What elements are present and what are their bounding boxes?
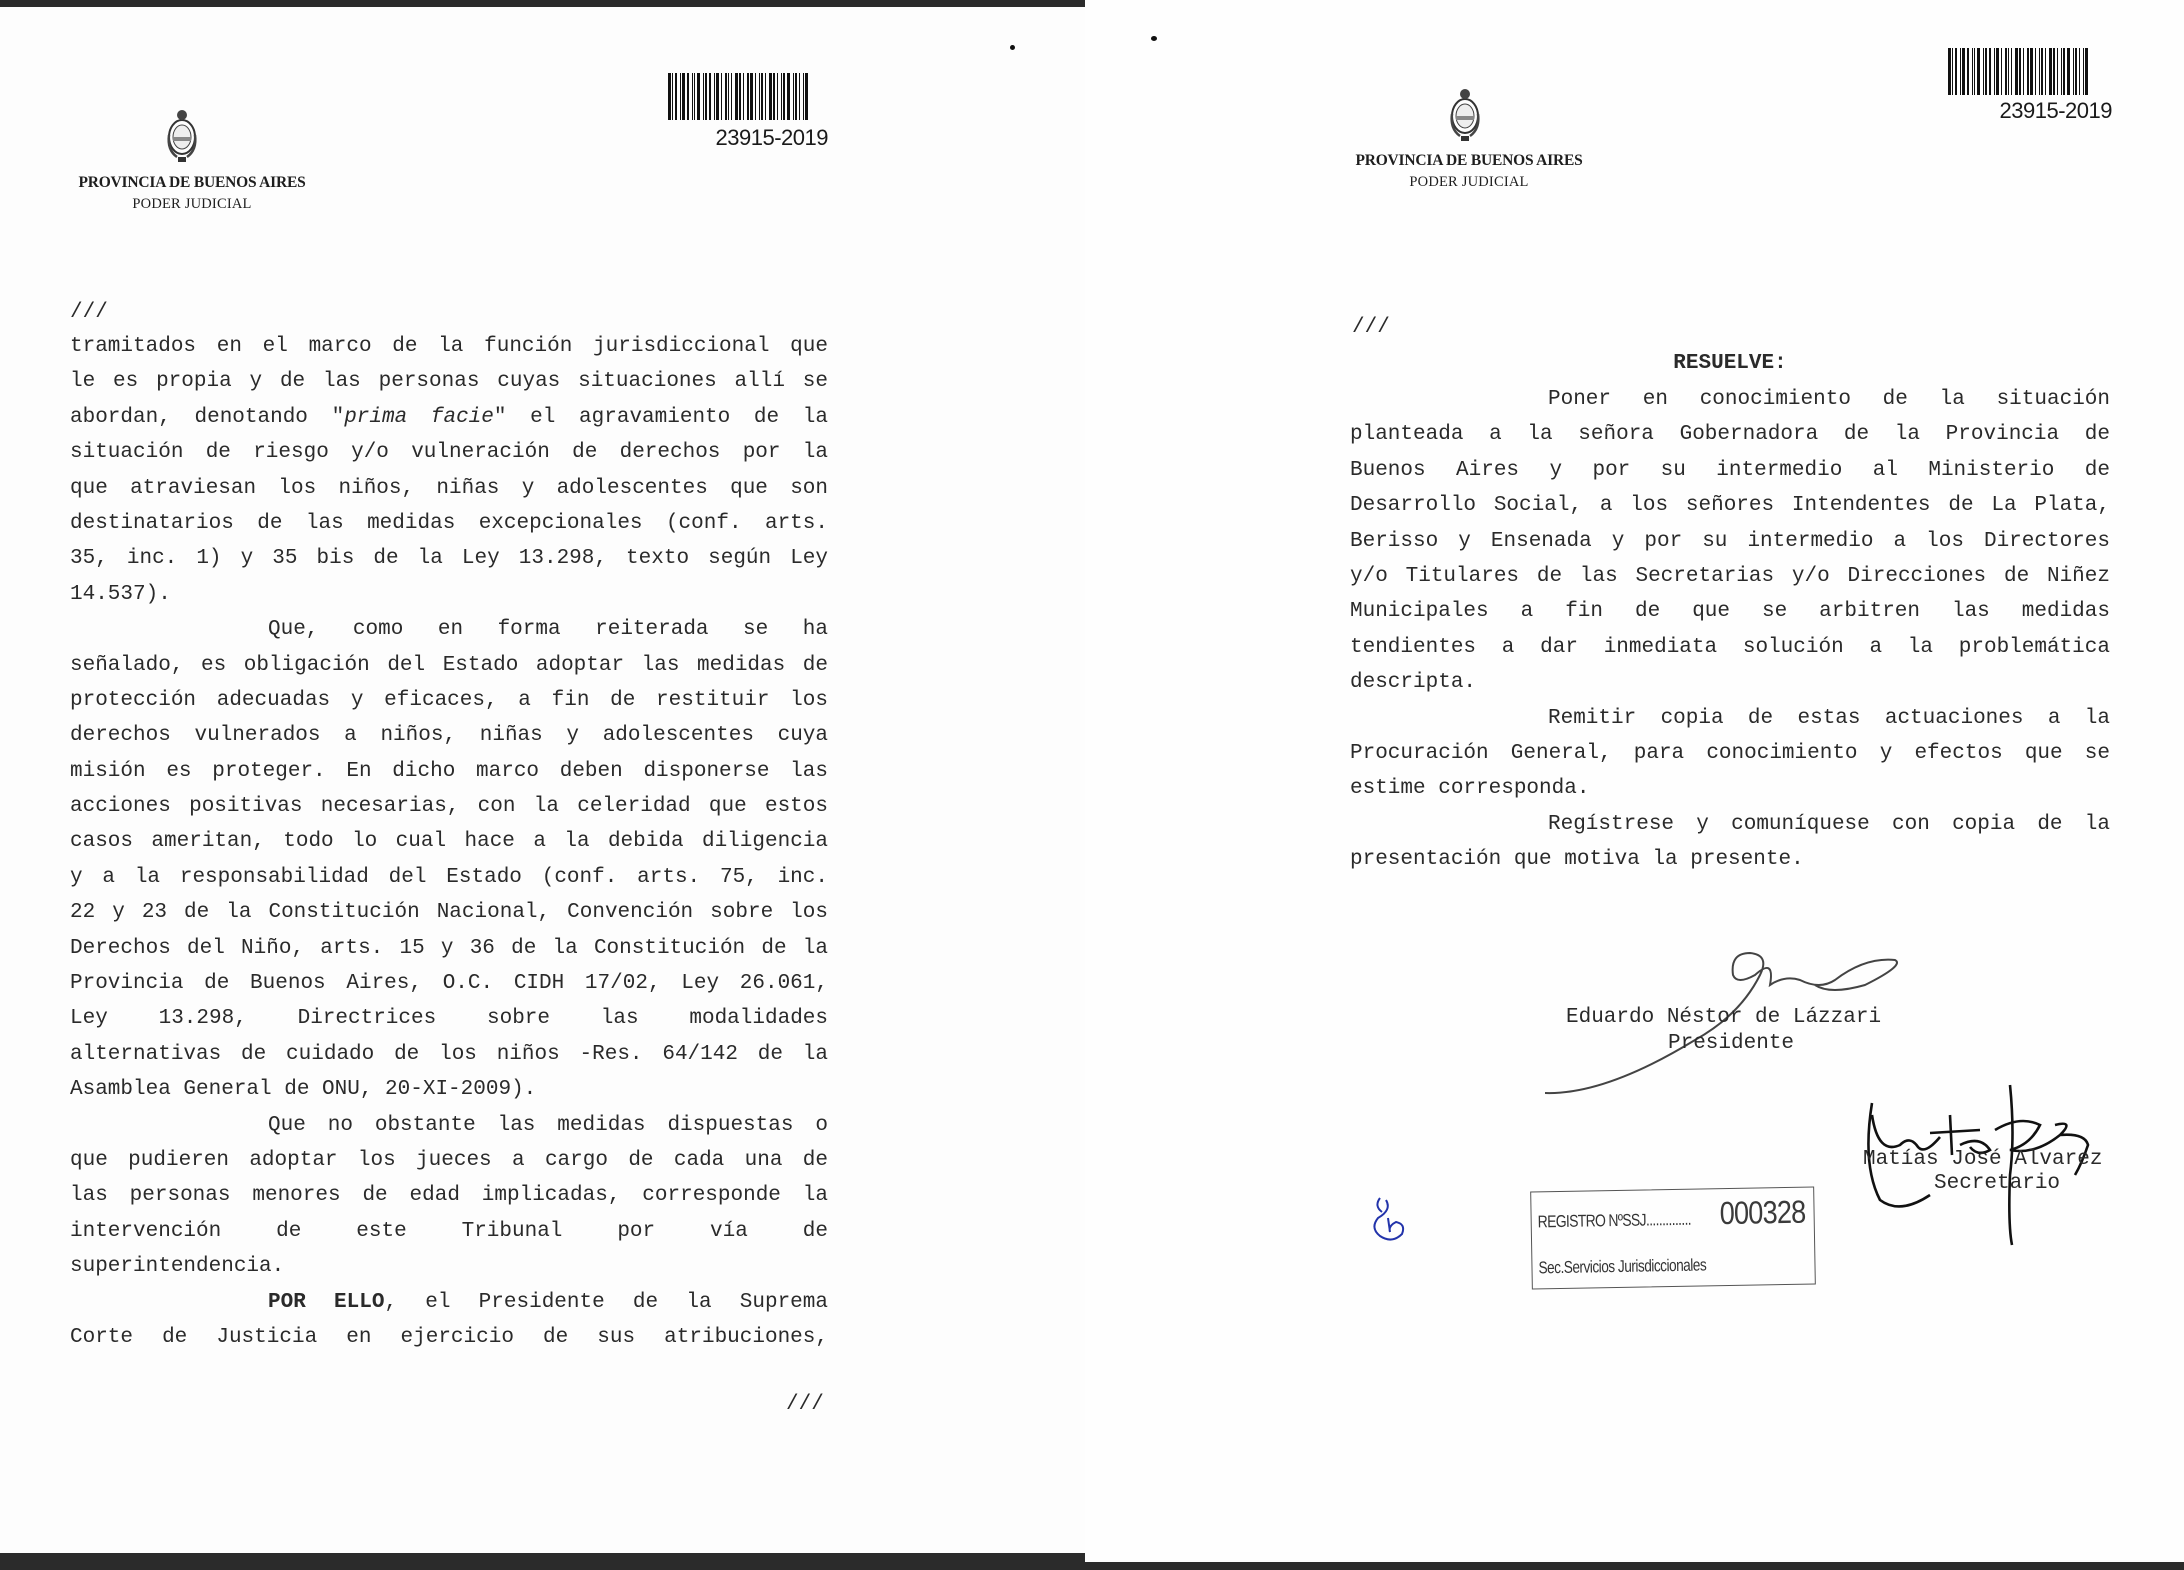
text-line: acciones positivas necesarias, con la ce… [70,789,828,824]
text-line: Regístrese y comuníquese con copia de la [1350,807,2110,842]
text-line: situación de riesgo y/o vulneración de d… [70,435,828,470]
text-line: que atraviesan los niños, niñas y adoles… [70,471,828,506]
coat-of-arms-icon [1448,84,1482,144]
case-number: 23915-2019 [1924,98,2112,124]
text-line: alternativas de cuidado de los niños -Re… [70,1037,828,1072]
text-line: Poner en conocimiento de la situación [1350,382,2110,417]
text-line: que pudieren adoptar los jueces a cargo … [70,1143,828,1178]
continuation-mark-bottom: /// [786,1393,824,1416]
resolve-heading: RESUELVE: [1350,346,2110,381]
continuation-mark-top: /// [70,301,108,324]
text-line: y/o Titulares de las Secretarias y/o Dir… [1350,559,2110,594]
text-line: 22 y 23 de la Constitución Nacional, Con… [70,895,828,930]
letterhead: PROVINCIA DE BUENOS AIRES PODER JUDICIAL [1347,152,1591,191]
text-line: misión es proteger. En dicho marco deben… [70,754,828,789]
letterhead: PROVINCIA DE BUENOS AIRES PODER JUDICIAL [70,174,314,213]
text-line: Asamblea General de ONU, 20-XI-2009). [70,1072,828,1107]
text-line: Desarrollo Social, a los señores Intende… [1350,488,2110,523]
text-line: Municipales a fin de que se arbitren las… [1350,594,2110,629]
province-name: PROVINCIA DE BUENOS AIRES [1347,152,1591,170]
text-line: tendientes a dar inmediata solución a la… [1350,630,2110,665]
judicial-branch: PODER JUDICIAL [1347,174,1591,191]
text-line: 35, inc. 1) y 35 bis de la Ley 13.298, t… [70,541,828,576]
text-line: superintendencia. [70,1249,828,1284]
scan-speck [1010,45,1015,50]
document-page-right: PROVINCIA DE BUENOS AIRES PODER JUDICIAL… [1085,0,2184,1562]
text-line: derechos vulnerados a niños, niñas y ado… [70,718,828,753]
document-body: Poner en conocimiento de la situaciónpla… [1350,382,2110,877]
case-number: 23915-2019 [640,125,828,151]
handwritten-initials [1372,1196,1408,1244]
barcode [1948,48,2090,95]
text-line: Remitir copia de estas actuaciones a la [1350,701,2110,736]
text-line: Berisso y Ensenada y por su intermedio a… [1350,524,2110,559]
text-line: POR ELLO, el Presidente de la Suprema [70,1285,828,1320]
text-line: Que, como en forma reiterada se ha [70,612,828,647]
text-line: estime corresponda. [1350,771,2110,806]
signatory-role: Presidente [1668,1032,1794,1055]
document-page-left: PROVINCIA DE BUENOS AIRES PODER JUDICIAL… [0,7,1085,1553]
continuation-mark-top: /// [1352,316,1390,339]
document-body: tramitados en el marco de la función jur… [70,329,828,1355]
registry-number: 000328 [1720,1194,1806,1232]
judicial-branch: PODER JUDICIAL [70,196,314,213]
text-line: casos ameritan, todo lo cual hace a la d… [70,824,828,859]
signatory-name: Matías José Alvarez [1863,1148,2102,1171]
province-name: PROVINCIA DE BUENOS AIRES [70,174,314,192]
registry-label: REGISTRO NºSSJ.............. [1538,1210,1692,1233]
text-line: señalado, es obligación del Estado adopt… [70,648,828,683]
coat-of-arms-icon [165,105,199,165]
text-line: le es propia y de las personas cuyas sit… [70,364,828,399]
text-line: abordan, denotando "prima facie" el agra… [70,400,828,435]
text-line: tramitados en el marco de la función jur… [70,329,828,364]
text-line: presentación que motiva la presente. [1350,842,2110,877]
registry-stamp: REGISTRO NºSSJ.............. 000328 Sec.… [1530,1187,1816,1290]
text-line: Derechos del Niño, arts. 15 y 36 de la C… [70,931,828,966]
signatory-role: Secretario [1934,1172,2060,1195]
text-line: Provincia de Buenos Aires, O.C. CIDH 17/… [70,966,828,1001]
text-line: Buenos Aires y por su intermedio al Mini… [1350,453,2110,488]
registry-office: Sec.Servicios Jurisdiccionales [1538,1255,1706,1278]
barcode [668,73,810,120]
text-line: protección adecuadas y eficaces, a fin d… [70,683,828,718]
signatory-name: Eduardo Néstor de Lázzari [1566,1006,1881,1029]
text-line: planteada a la señora Gobernadora de la … [1350,417,2110,452]
resolve-heading-wrap: RESUELVE: [1350,346,2110,381]
text-line: Que no obstante las medidas dispuestas o [70,1108,828,1143]
text-line: intervención de este Tribunal por vía de [70,1214,828,1249]
text-line: las personas menores de edad implicadas,… [70,1178,828,1213]
text-line: Procuración General, para conocimiento y… [1350,736,2110,771]
text-line: y a la responsabilidad del Estado (conf.… [70,860,828,895]
text-line: Ley 13.298, Directrices sobre las modali… [70,1001,828,1036]
text-line: destinatarios de las medidas excepcional… [70,506,828,541]
text-line: Corte de Justicia en ejercicio de sus at… [70,1320,828,1355]
scan-speck [1151,36,1157,41]
text-line: descripta. [1350,665,2110,700]
text-line: 14.537). [70,577,828,612]
